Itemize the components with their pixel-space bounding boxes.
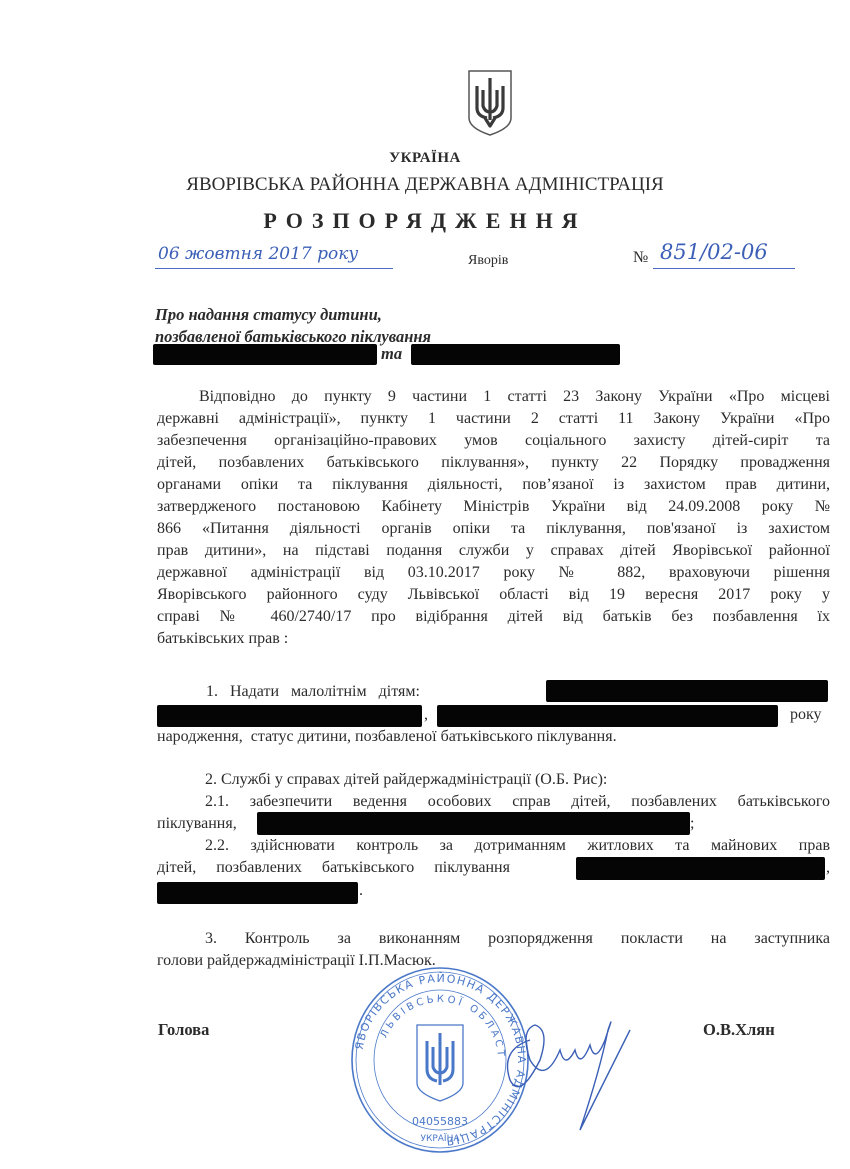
redacted-name bbox=[576, 857, 825, 880]
number-label: № bbox=[633, 249, 648, 267]
redacted-name bbox=[153, 344, 377, 365]
item-2-1-end: ; bbox=[690, 815, 694, 833]
document-number: 851/02-06 bbox=[660, 240, 768, 264]
item-2: 2. Службі у справах дітей райдержадмініс… bbox=[205, 771, 607, 789]
preamble-line: Яворівського районного суду Львівської о… bbox=[157, 584, 830, 606]
redacted-name bbox=[546, 680, 828, 702]
preamble-line: забезпечення організаційно-правових умов… bbox=[157, 430, 830, 452]
item-3-line-1: 3. Контроль за виконанням розпорядження … bbox=[205, 930, 830, 948]
preamble-line: дітей, позбавлених батьківського піклува… bbox=[157, 452, 830, 474]
subject-line-1: Про надання статусу дитини, bbox=[155, 304, 431, 326]
item-1-comma: , bbox=[424, 706, 428, 724]
document-date: 06 жовтня 2017 року bbox=[158, 244, 358, 264]
item-1-year: року bbox=[790, 706, 822, 724]
preamble-line: органами опіки та піклування діяльності,… bbox=[157, 474, 830, 496]
redacted-name bbox=[157, 882, 358, 904]
document-city: Яворів bbox=[468, 253, 508, 269]
preamble-line: батьківських прав : bbox=[157, 628, 830, 650]
preamble-line: затвердженого постановою Кабінету Мініст… bbox=[157, 496, 830, 518]
redacted-name bbox=[157, 705, 422, 727]
item-2-1-cont: піклування, bbox=[157, 815, 237, 833]
item-2-2-end: . bbox=[359, 882, 363, 900]
subject-block: Про надання статусу дитини, позбавленої … bbox=[155, 304, 431, 348]
preamble-line: справі № 460/2740/17 про відібрання діте… bbox=[157, 606, 830, 628]
svg-text:04055883: 04055883 bbox=[412, 1115, 468, 1128]
redacted-name bbox=[257, 812, 690, 835]
item-2-1-start: 2.1. забезпечити ведення особових справ … bbox=[205, 793, 830, 811]
preamble-paragraph: Відповідно до пункту 9 частини 1 статті … bbox=[157, 386, 830, 650]
preamble-line: прав дитини», на підставі подання служби… bbox=[157, 540, 830, 562]
signatory-role: Голова bbox=[158, 1020, 209, 1040]
preamble-line: державної адміністрації від 03.10.2017 р… bbox=[157, 562, 830, 584]
redacted-name bbox=[411, 344, 620, 365]
coat-of-arms-icon bbox=[465, 68, 515, 138]
preamble-line: 866 «Питання діяльності органів опіки та… bbox=[157, 518, 830, 540]
preamble-line: Відповідно до пункту 9 частини 1 статті … bbox=[157, 386, 830, 408]
document-type: РОЗПОРЯДЖЕННЯ bbox=[0, 208, 850, 234]
signatory-name: О.В.Хлян bbox=[703, 1020, 775, 1040]
item-1-end: народження, статус дитини, позбавленої б… bbox=[157, 728, 617, 746]
subject-conjunction: та bbox=[381, 343, 402, 365]
country-heading: УКРАЇНА bbox=[0, 150, 850, 167]
preamble-line: державні адміністрації», пункту 1 частин… bbox=[157, 408, 830, 430]
item-2-2-start: 2.2. здійснювати контроль за дотриманням… bbox=[205, 837, 830, 855]
authority-heading: ЯВОРІВСЬКА РАЙОННА ДЕРЖАВНА АДМІНІСТРАЦІ… bbox=[0, 174, 850, 196]
item-1-start: 1. Надати малолітнім дітям: bbox=[206, 683, 420, 701]
item-2-2-comma: , bbox=[826, 859, 830, 877]
handwritten-signature-icon bbox=[490, 990, 640, 1140]
redacted-name bbox=[437, 705, 778, 727]
svg-text:УКРАЇНА: УКРАЇНА bbox=[420, 1133, 460, 1144]
item-2-2-cont: дітей, позбавлених батьківського піклува… bbox=[157, 859, 510, 877]
